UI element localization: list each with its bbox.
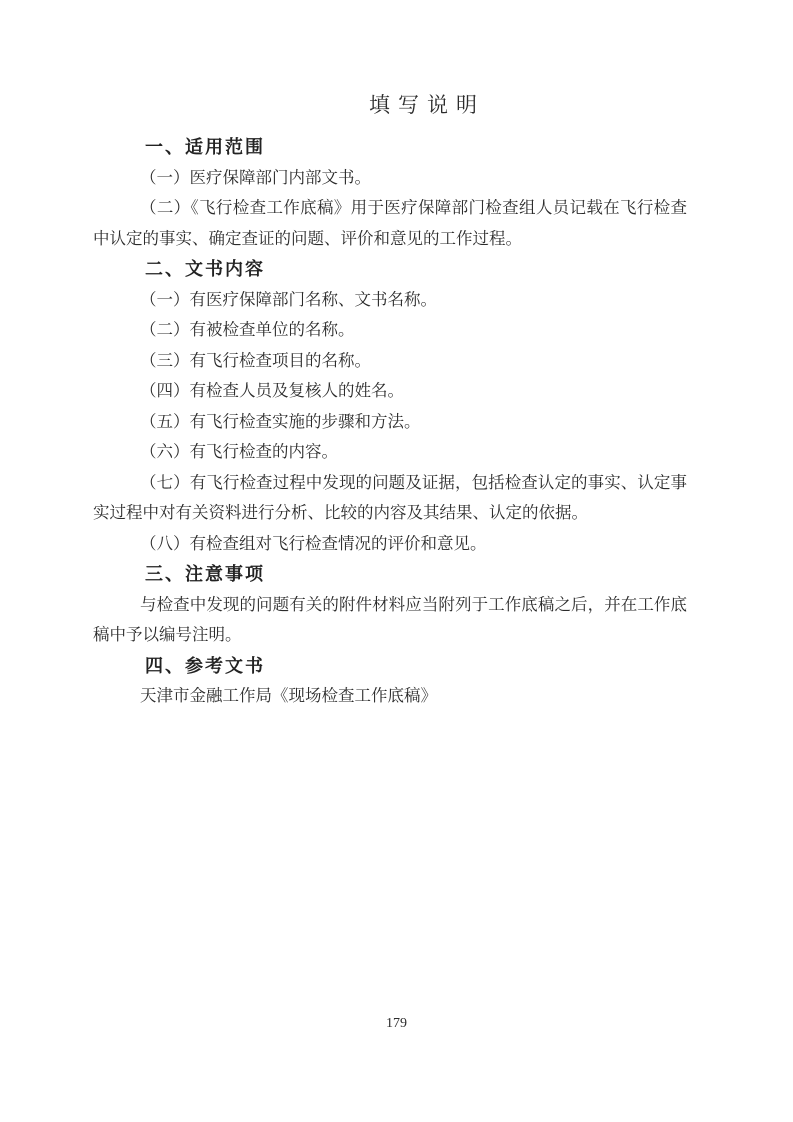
paragraph: （一）有医疗保障部门名称、文书名称。 xyxy=(93,285,687,316)
paragraph: 与检查中发现的问题有关的附件材料应当附列于工作底稿之后，并在工作底稿中予以编号注… xyxy=(93,590,687,651)
paragraph: （三）有飞行检查项目的名称。 xyxy=(93,346,687,377)
paragraph: （八）有检查组对飞行检查情况的评价和意见。 xyxy=(93,529,687,560)
paragraph: （七）有飞行检查过程中发现的问题及证据，包括检查认定的事实、认定事实过程中对有关… xyxy=(93,468,687,529)
paragraph: （六）有飞行检查的内容。 xyxy=(93,437,687,468)
paragraph: （四）有检查人员及复核人的姓名。 xyxy=(93,376,687,407)
section-heading-scope: 一、适用范围 xyxy=(93,132,687,163)
paragraph: （一）医疗保障部门内部文书。 xyxy=(93,163,687,194)
paragraph: （二）有被检查单位的名称。 xyxy=(93,315,687,346)
paragraph: （五）有飞行检查实施的步骤和方法。 xyxy=(93,407,687,438)
doc-title: 填写说明 xyxy=(93,90,687,121)
page-number: 179 xyxy=(0,1014,793,1034)
section-heading-notes: 三、注意事项 xyxy=(93,559,687,590)
section-heading-contents: 二、文书内容 xyxy=(93,254,687,285)
paragraph: （二）《飞行检查工作底稿》用于医疗保障部门检查组人员记载在飞行检查中认定的事实、… xyxy=(93,193,687,254)
paragraph: 天津市金融工作局《现场检查工作底稿》 xyxy=(93,681,687,712)
document-content: 填写说明 一、适用范围 （一）医疗保障部门内部文书。 （二）《飞行检查工作底稿》… xyxy=(93,90,687,712)
section-heading-references: 四、参考文书 xyxy=(93,651,687,682)
document-page: 填写说明 一、适用范围 （一）医疗保障部门内部文书。 （二）《飞行检查工作底稿》… xyxy=(0,0,793,1122)
